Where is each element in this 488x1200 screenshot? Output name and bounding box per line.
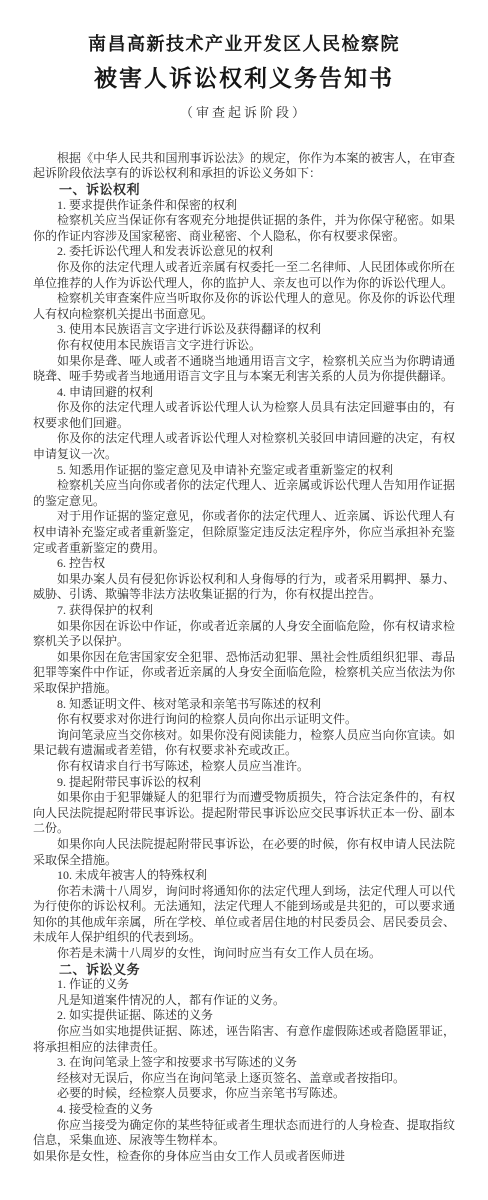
item-title: 2. 委托诉讼代理人和发表诉讼意见的权利 <box>33 244 455 260</box>
body-paragraph: 你若是未满十八周岁的女性，询问时应当有女工作人员在场。 <box>33 946 455 962</box>
document-body: 根据《中华人民共和国刑事诉讼法》的规定，你作为本案的被害人，在审查起诉阶段依法享… <box>33 151 455 1165</box>
body-paragraph: 检察机关审查案件应当听取你及你的诉讼代理人的意见。你及你的诉讼代理人有权向检察机… <box>33 291 455 322</box>
item-title: 4. 申请回避的权利 <box>33 385 455 401</box>
body-paragraph: 如果你由于犯罪嫌疑人的犯罪行为而遭受物质损失，符合法定条件的，有权向人民法院提起… <box>33 790 455 837</box>
document-header: 南昌高新技术产业开发区人民检察院 被害人诉讼权利义务告知书 （审查起诉阶段） <box>33 34 455 121</box>
body-paragraph: 你有权要求对你进行询问的检察人员向你出示证明文件。 <box>33 712 455 728</box>
body-paragraph: 如果你因在危害国家安全犯罪、恐怖活动犯罪、黑社会性质组织犯罪、毒品犯罪等案件中作… <box>33 650 455 697</box>
body-paragraph: 经核对无误后，你应当在询问笔录上逐页签名、盖章或者按指印。 <box>33 1071 455 1087</box>
item-title: 5. 知悉用作证据的鉴定意见及申请补充鉴定或者重新鉴定的权利 <box>33 463 455 479</box>
section-heading: 二、诉讼义务 <box>33 962 455 978</box>
truncated-paragraph: 如果你是女性，检查你的身体应当由女工作人员或者医师进 <box>33 1149 455 1165</box>
body-paragraph: 询问笔录应当交你核对。如果你没有阅读能力，检察人员应当向你宣读。如果记载有遗漏或… <box>33 728 455 759</box>
body-paragraph: 你及你的法定代理人或者诉讼代理人对检察机关驳回申请回避的决定，有权申请复议一次。 <box>33 431 455 462</box>
body-paragraph: 对于用作证据的鉴定意见，你或者你的法定代理人、近亲属、诉讼代理人有权申请补充鉴定… <box>33 509 455 556</box>
body-paragraph: 如果办案人员有侵犯你诉讼权利和人身侮辱的行为，或者采用羁押、暴力、威胁、引诱、欺… <box>33 572 455 603</box>
body-paragraph: 检察机关应当保证你有客观充分地提供证据的条件，并为你保守秘密。如果你的作证内容涉… <box>33 213 455 244</box>
document-subtitle: （审查起诉阶段） <box>33 105 455 121</box>
body-paragraph: 检察机关应当向你或者你的法定代理人、近亲属或诉讼代理人告知用作证据的鉴定意见。 <box>33 478 455 509</box>
item-title: 4. 接受检查的义务 <box>33 1102 455 1118</box>
body-paragraph: 你若未满十八周岁，询问时将通知你的法定代理人到场，法定代理人可以代为行使你的诉讼… <box>33 884 455 946</box>
court-name: 南昌高新技术产业开发区人民检察院 <box>33 34 455 56</box>
item-title: 7. 获得保护的权利 <box>33 603 455 619</box>
body-paragraph: 你及你的法定代理人或者诉讼代理人认为检察人员具有法定回避事由的，有权要求他们回避… <box>33 400 455 431</box>
body-paragraph: 凡是知道案件情况的人，都有作证的义务。 <box>33 993 455 1009</box>
body-paragraph: 你有权使用本民族语言文字进行诉讼。 <box>33 338 455 354</box>
section-heading: 一、诉讼权利 <box>33 182 455 198</box>
body-paragraph: 你有权请求自行书写陈述，检察人员应当准许。 <box>33 759 455 775</box>
item-title: 1. 作证的义务 <box>33 977 455 993</box>
notice-document-page: 南昌高新技术产业开发区人民检察院 被害人诉讼权利义务告知书 （审查起诉阶段） 根… <box>0 0 488 1200</box>
item-title: 1. 要求提供作证条件和保密的权利 <box>33 198 455 214</box>
body-paragraph: 你应当接受为确定你的某些特征或者生理状态而进行的人身检查、提取指纹信息，采集血迹… <box>33 1118 455 1149</box>
body-paragraph: 如果你是聋、哑人或者不通晓当地通用语言文字，检察机关应当为你聘请通晓聋、哑手势或… <box>33 354 455 385</box>
item-title: 6. 控告权 <box>33 556 455 572</box>
item-title: 8. 知悉证明文件、核对笔录和亲笔书写陈述的权利 <box>33 697 455 713</box>
intro-paragraph: 根据《中华人民共和国刑事诉讼法》的规定，你作为本案的被害人，在审查起诉阶段依法享… <box>33 151 455 182</box>
body-paragraph: 如果你因在诉讼中作证，你或者近亲属的人身安全面临危险，你有权请求检察机关予以保护… <box>33 619 455 650</box>
item-title: 3. 使用本民族语言文字进行诉讼及获得翻译的权利 <box>33 322 455 338</box>
document-title: 被害人诉讼权利义务告知书 <box>33 65 455 93</box>
sections: 一、诉讼权利1. 要求提供作证条件和保密的权利检察机关应当保证你有客观充分地提供… <box>33 182 455 1164</box>
item-title: 2. 如实提供证据、陈述的义务 <box>33 1008 455 1024</box>
body-paragraph: 你应当如实地提供证据、陈述，诬告陷害、有意作虚假陈述或者隐匿罪证，将承担相应的法… <box>33 1024 455 1055</box>
item-title: 3. 在询问笔录上签字和按要求书写陈述的义务 <box>33 1055 455 1071</box>
body-paragraph: 你及你的法定代理人或者近亲属有权委托一至二名律师、人民团体或你所在单位推荐的人作… <box>33 260 455 291</box>
body-paragraph: 如果你向人民法院提起附带民事诉讼，在必要的时候，你有权申请人民法院采取保全措施。 <box>33 837 455 868</box>
body-paragraph: 必要的时候，经检察人员要求，你应当亲笔书写陈述。 <box>33 1086 455 1102</box>
item-title: 10. 未成年被害人的特殊权利 <box>33 868 455 884</box>
item-title: 9. 提起附带民事诉讼的权利 <box>33 775 455 791</box>
